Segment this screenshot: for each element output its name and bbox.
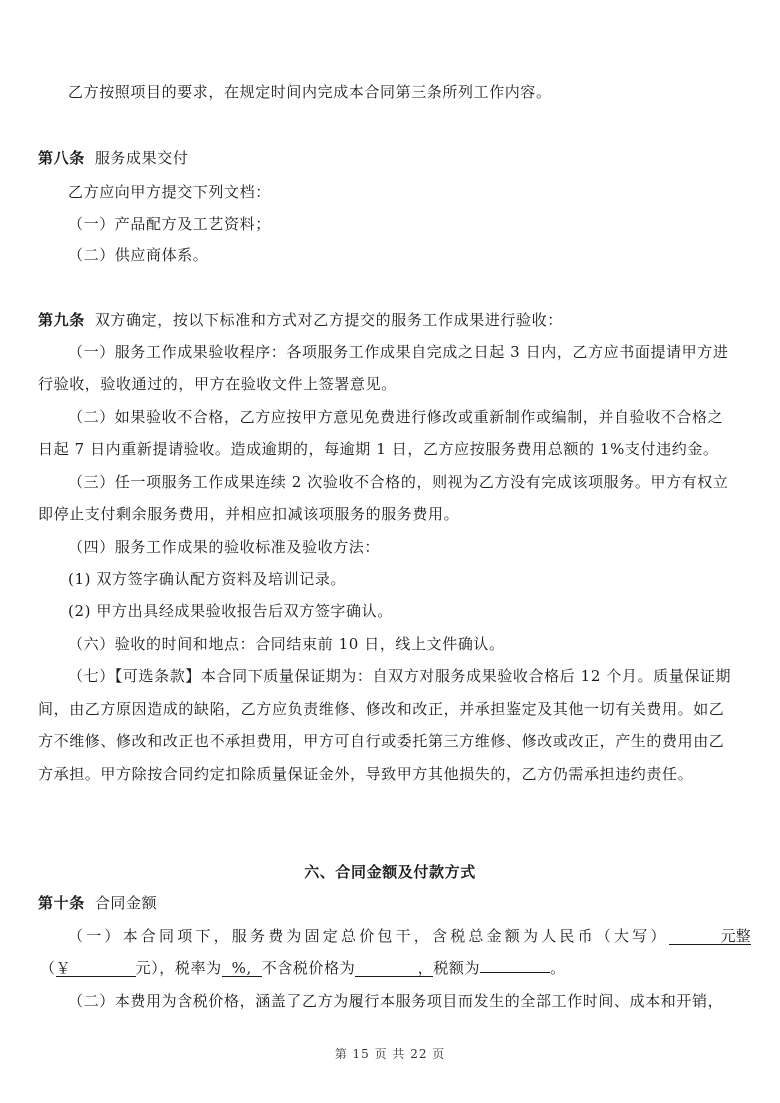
article-10-p1-line1: （一）本合同项下，服务费为固定总价包干，含税总金额为人民币（大写）元整 xyxy=(68,926,746,946)
article-10-p1-text: （一）本合同项下，服务费为固定总价包干，含税总金额为人民币（大写） xyxy=(68,927,669,945)
article-9-p4-item-1: (1) 双方签字确认配方资料及培训记录。 xyxy=(68,569,746,589)
total-amount-numeric-blank[interactable]: ￥ xyxy=(56,960,136,977)
article-9-p7-line2: 间，由乙方原因造成的缺陷，乙方应负责维修、修改和改正，并承担鉴定及其他一切有关费… xyxy=(38,699,746,719)
currency-symbol: ￥ xyxy=(56,959,72,977)
pre-tax-price-label: 不含税价格为 xyxy=(262,959,356,977)
article-9-p2-line1: （二）如果验收不合格，乙方应按甲方意见免费进行修改或重新制作或编制，并自验收不合… xyxy=(68,407,746,427)
pre-tax-price-blank[interactable]: ， xyxy=(355,960,433,977)
article-9-p1-line1: （一）服务工作成果验收程序：各项服务工作成果自完成之日起 3 日内，乙方应书面提… xyxy=(68,342,746,362)
article-10-p1-line2: （￥元），税率为%,不含税价格为，税额为。 xyxy=(40,958,746,978)
article-9-p4-item-2: (2) 甲方出具经成果验收报告后双方签字确认。 xyxy=(68,601,746,621)
article-9-heading: 第九条双方确定，按以下标准和方式对乙方提交的服务工作成果进行验收： xyxy=(38,310,746,330)
article-9-p4: （四）服务工作成果的验收标准及验收方法： xyxy=(68,537,746,557)
tax-rate-label: 元），税率为 xyxy=(136,959,222,977)
article-9-p7-line1: （七）【可选条款】本合同下质量保证期为：自双方对服务成果验收合格后 12 个月。… xyxy=(68,666,746,686)
article-9-p2-line2: 日起 7 日内重新提请验收。造成逾期的，每逾期 1 日，乙方应按服务费用总额的 … xyxy=(38,439,746,459)
tax-amount-label: 税额为 xyxy=(433,959,480,977)
article-10-title: 合同金额 xyxy=(95,894,157,912)
tax-rate-blank[interactable]: %, xyxy=(222,960,262,977)
article-9-p6: （六）验收的时间和地点：合同结束前 10 日，线上文件确认。 xyxy=(68,634,746,654)
article-10-number: 第十条 xyxy=(38,894,85,912)
page-footer: 第 15 页 共 22 页 xyxy=(0,1045,780,1062)
article-8-heading: 第八条服务成果交付 xyxy=(38,148,746,168)
period: 。 xyxy=(550,959,566,977)
yuan-zheng-label: 元整 xyxy=(721,927,751,945)
intro-paragraph: 乙方按照项目的要求，在规定时间内完成本合同第三条所列工作内容。 xyxy=(68,82,746,102)
article-8-item-1: （一）产品配方及工艺资料； xyxy=(68,214,746,234)
article-8-lead: 乙方应向甲方提交下列文档： xyxy=(68,182,746,202)
total-amount-uppercase-blank[interactable]: 元整 xyxy=(669,928,751,945)
article-9-p7-line4: 方承担。甲方除按合同约定扣除质量保证金外，导致甲方其他损失的，乙方仍需承担违约责… xyxy=(38,764,746,784)
article-9-number: 第九条 xyxy=(38,311,85,329)
article-10-p2-line1: （二）本费用为含税价格，涵盖了乙方为履行本服务项目而发生的全部工作时间、成本和开… xyxy=(68,991,746,1011)
article-9-p3-line1: （三）任一项服务工作成果连续 2 次验收不合格的，则视为乙方没有完成该项服务。甲… xyxy=(68,472,746,492)
tax-amount-blank[interactable] xyxy=(480,972,550,973)
article-8-number: 第八条 xyxy=(38,149,85,167)
article-8-title: 服务成果交付 xyxy=(95,149,189,167)
article-10-heading: 第十条合同金额 xyxy=(38,893,746,913)
article-8-item-2: （二）供应商体系。 xyxy=(68,245,746,265)
section-6-heading: 六、合同金额及付款方式 xyxy=(0,861,780,882)
article-9-p1-line2: 行验收，验收通过的，甲方在验收文件上签署意见。 xyxy=(38,374,746,394)
comma: ， xyxy=(418,959,434,977)
article-9-p3-line2: 即停止支付剩余服务费用，并相应扣减该项服务的服务费用。 xyxy=(38,504,746,524)
open-paren: （ xyxy=(40,959,56,977)
article-9-p7-line3: 方不维修、修改和改正也不承担费用，甲方可自行或委托第三方维修、修改或改正，产生的… xyxy=(38,731,746,751)
percent-sign: %, xyxy=(232,959,252,977)
article-9-title: 双方确定，按以下标准和方式对乙方提交的服务工作成果进行验收： xyxy=(95,311,563,329)
